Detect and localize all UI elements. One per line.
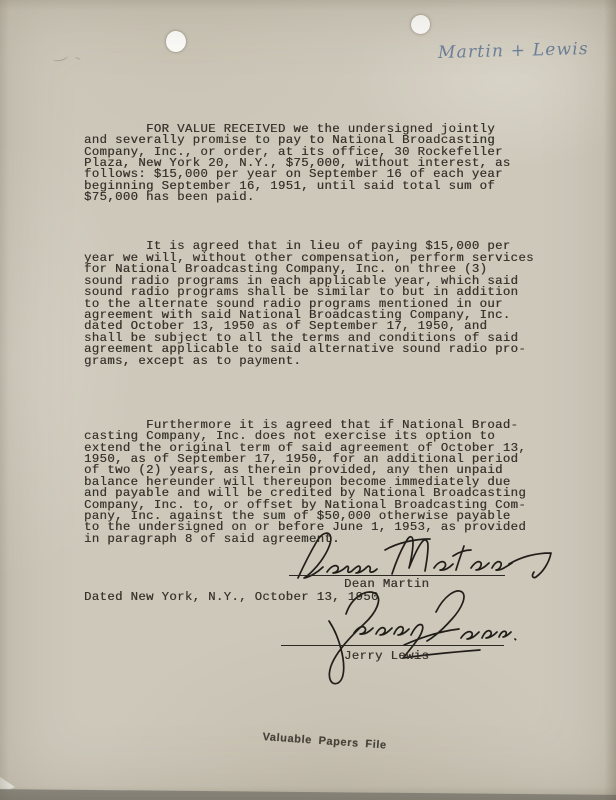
- signature-line-jerry: [281, 645, 504, 647]
- paragraph-option-offset: Furthermore it is agreed that if Nationa…: [84, 420, 559, 545]
- pencil-mark: [51, 51, 68, 62]
- note-body: FOR VALUE RECEIVED we the undersigned jo…: [84, 101, 559, 626]
- handwritten-annotation: Martin + Lewis: [438, 39, 589, 63]
- scan-bottom-edge: [0, 784, 616, 800]
- typed-name-jerry-lewis: Jerry Lewis: [344, 650, 429, 662]
- valuable-papers-file-stamp: Valuable Papers File: [262, 731, 387, 752]
- signature-line-dean: [289, 575, 505, 577]
- pencil-dot: [75, 54, 81, 59]
- document-page: Martin + Lewis FOR VALUE RECEIVED we the…: [0, 0, 616, 800]
- typed-name-dean-martin: Dean Martin: [344, 578, 429, 590]
- paragraph-services-in-lieu: It is agreed that in lieu of paying $15,…: [84, 241, 559, 366]
- dated-line: Dated New York, N.Y., October 13, 1950: [84, 592, 559, 603]
- hole-punch-left: [165, 30, 188, 54]
- paragraph-payment-terms: FOR VALUE RECEIVED we the undersigned jo…: [84, 124, 559, 204]
- hole-punch-right: [411, 15, 430, 34]
